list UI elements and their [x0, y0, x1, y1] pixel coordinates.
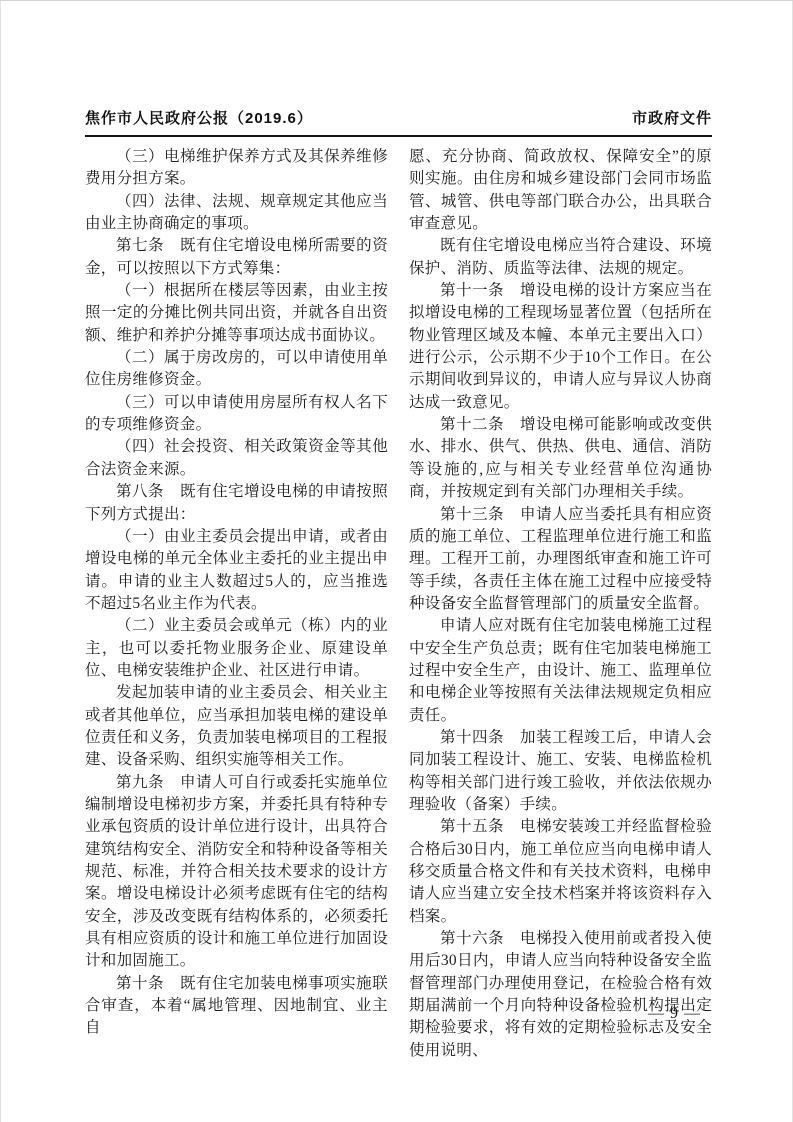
gazette-title: 焦作市人民政府公报（2019.6）	[85, 107, 313, 128]
page-number: — 9 —	[648, 1005, 701, 1023]
paragraph: 申请人应对既有住宅加装电梯施工过程中安全生产负总责；既有住宅加装电梯施工过程中安…	[409, 615, 712, 727]
paragraph: 发起加装申请的业主委员会、相关业主或者其他单位，应当承担加装电梯的建设单位责任和…	[85, 682, 388, 771]
paragraph: 第十二条 增设电梯可能影响或改变供水、排水、供气、供热、供电、通信、消防等设施的…	[409, 414, 712, 503]
paragraph: （四）法律、法规、规章规定其他应当由业主协商确定的事项。	[85, 191, 388, 236]
paragraph: 第九条 申请人可自行或委托实施单位编制增设电梯初步方案，并委托具有特种专业承包资…	[85, 772, 388, 973]
paragraph: 第十条 既有住宅加装电梯事项实施联合审查，本着“属地管理、因地制宜、业主自	[85, 973, 388, 1040]
paragraph: （一）根据所在楼层等因素，由业主按照一定的分摊比例共同出资，并就各自出资额、维护…	[85, 280, 388, 347]
paragraph: （一）由业主委员会提出申请，或者由增设电梯的单元全体业主委托的业主提出申请。申请…	[85, 526, 388, 615]
paragraph: 第十五条 电梯安装竣工并经监督检验合格后30日内，施工单位应当向电梯申请人移交质…	[409, 816, 712, 928]
page-header: 焦作市人民政府公报（2019.6） 市政府文件	[85, 107, 712, 128]
paragraph: （三）可以申请使用房屋所有权人名下的专项维修资金。	[85, 392, 388, 437]
paragraph: 第十四条 加装工程竣工后，申请人会同加装工程设计、施工、安装、电梯监检机构等相关…	[409, 727, 712, 816]
paragraph: （二）属于房改房的，可以申请使用单位住房维修资金。	[85, 347, 388, 392]
left-column: （三）电梯维护保养方式及其保养维修费用分担方案。 （四）法律、法规、规章规定其他…	[85, 146, 388, 1062]
paragraph: 第七条 既有住宅增设电梯所需要的资金，可以按照以下方式筹集：	[85, 235, 388, 280]
paragraph-continuation: 愿、充分协商、简政放权、保障安全”的原则实施。由住房和城乡建设部门会同市场监管、…	[409, 146, 712, 235]
gazette-page: 焦作市人民政府公报（2019.6） 市政府文件 （三）电梯维护保养方式及其保养维…	[0, 0, 793, 1122]
paragraph: 第八条 既有住宅增设电梯的申请按照下列方式提出：	[85, 481, 388, 526]
section-label: 市政府文件	[632, 107, 712, 128]
paragraph: 第十六条 电梯投入使用前或者投入使用后30日内，申请人应当向特种设备安全监督管理…	[409, 928, 712, 1062]
paragraph: （四）社会投资、相关政策资金等其他合法资金来源。	[85, 436, 388, 481]
paragraph: （二）业主委员会或单元（栋）内的业主，也可以委托物业服务企业、原建设单位、电梯安…	[85, 615, 388, 682]
body-columns: （三）电梯维护保养方式及其保养维修费用分担方案。 （四）法律、法规、规章规定其他…	[85, 146, 712, 1062]
right-column: 愿、充分协商、简政放权、保障安全”的原则实施。由住房和城乡建设部门会同市场监管、…	[409, 146, 712, 1062]
header-rule	[85, 135, 712, 137]
paragraph: 既有住宅增设电梯应当符合建设、环境保护、消防、质监等法律、法规的规定。	[409, 235, 712, 280]
paragraph: 第十三条 申请人应当委托具有相应资质的施工单位、工程监理单位进行施工和监理。工程…	[409, 504, 712, 616]
paragraph: （三）电梯维护保养方式及其保养维修费用分担方案。	[85, 146, 388, 191]
paragraph: 第十一条 增设电梯的设计方案应当在拟增设电梯的工程现场显著位置（包括所在物业管理…	[409, 280, 712, 414]
